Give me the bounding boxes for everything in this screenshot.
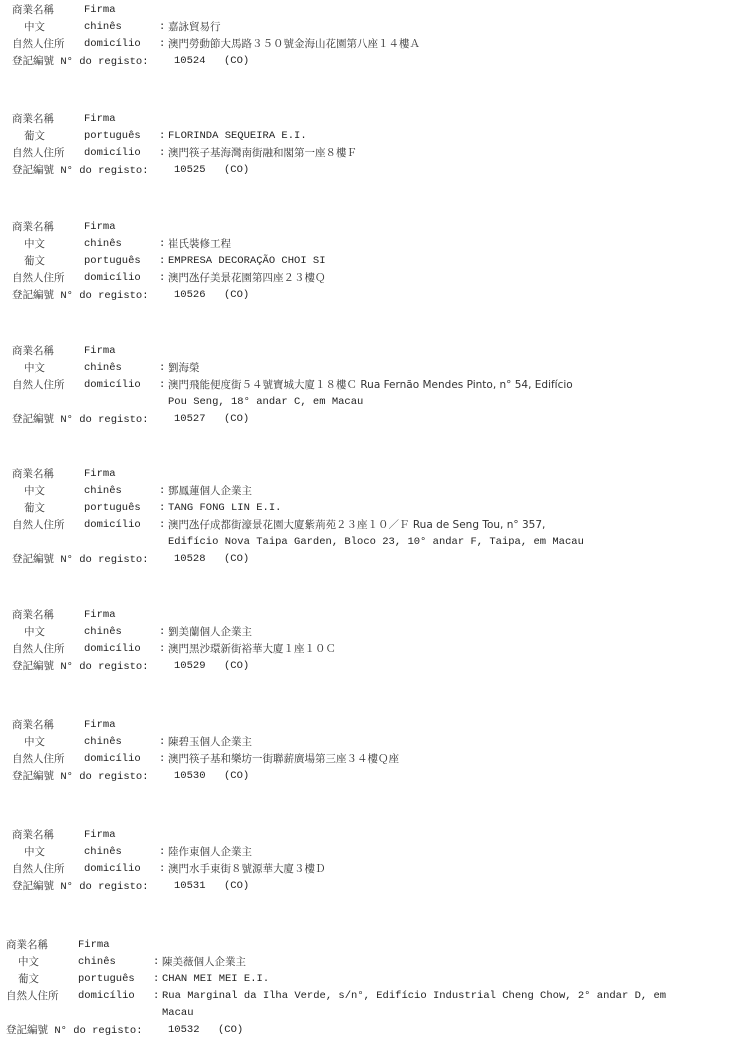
domicile-value: 澳門氹仔美景花園第四座２３樓Ｑ [168, 270, 326, 287]
domicile-label-pt: domicílio [78, 988, 135, 1005]
colon: : [159, 517, 165, 534]
firm-label-zh: 商業名稱 [12, 111, 54, 128]
chinese-label-pt: chinês [84, 734, 122, 751]
firm-label-pt: Firma [84, 717, 116, 734]
reg-label-pt: N° do registo: [60, 414, 148, 426]
colon: : [159, 145, 165, 162]
chinese-label-pt: chinês [84, 483, 122, 500]
portuguese-label-pt: português [84, 128, 141, 145]
reg-label-zh: 登記編號 [12, 164, 54, 176]
domicile-label-zh: 自然人住所 [12, 270, 65, 287]
portuguese-name: FLORINDA SEQUEIRA E.I. [168, 128, 307, 145]
domicile-value: Rua Marginal da Ilha Verde, s/n°, Edifíc… [162, 988, 666, 1005]
firm-label-zh: 商業名稱 [12, 466, 54, 483]
chinese-name: 嘉詠貿易行 [168, 19, 221, 36]
domicile-label-pt: domicílio [84, 861, 141, 878]
domicile-label-pt: domicílio [84, 145, 141, 162]
domicile-label-zh: 自然人住所 [12, 377, 65, 394]
reg-label-zh: 登記編號 [12, 289, 54, 301]
domicile-label-zh: 自然人住所 [12, 751, 65, 768]
domicile-label-zh: 自然人住所 [12, 641, 65, 658]
firm-label-zh: 商業名稱 [6, 937, 48, 954]
portuguese-name: TANG FONG LIN E.I. [168, 500, 281, 517]
reg-number: 10529 [174, 658, 206, 675]
colon: : [159, 19, 165, 36]
chinese-label-zh: 中文 [18, 954, 39, 971]
chinese-name: 劉美蘭個人企業主 [168, 624, 252, 641]
firm-label-pt: Firma [84, 827, 116, 844]
colon: : [159, 377, 165, 394]
chinese-label-zh: 中文 [24, 734, 45, 751]
colon: : [159, 751, 165, 768]
chinese-label-pt: chinês [78, 954, 116, 971]
firm-label-zh: 商業名稱 [12, 219, 54, 236]
reg-tag: (CO) [224, 658, 249, 675]
chinese-label-pt: chinês [84, 360, 122, 377]
domicile-label-zh: 自然人住所 [12, 517, 65, 534]
reg-number: 10527 [174, 411, 206, 428]
domicile-label-pt: domicílio [84, 751, 141, 768]
reg-label-zh: 登記編號 [12, 55, 54, 67]
firm-label-zh: 商業名稱 [12, 607, 54, 624]
domicile-value-line2: Edifício Nova Taipa Garden, Bloco 23, 10… [168, 534, 584, 551]
chinese-label-zh: 中文 [24, 360, 45, 377]
colon: : [159, 253, 165, 270]
colon: : [159, 270, 165, 287]
reg-label-pt: N° do registo: [54, 1025, 142, 1037]
portuguese-label-pt: português [84, 253, 141, 270]
firm-label-zh: 商業名稱 [12, 717, 54, 734]
reg-number: 10532 [168, 1022, 200, 1039]
colon: : [159, 861, 165, 878]
portuguese-label-zh: 葡文 [24, 253, 45, 270]
reg-tag: (CO) [224, 411, 249, 428]
reg-label-zh: 登記編號 [12, 553, 54, 565]
domicile-label-pt: domicílio [84, 270, 141, 287]
domicile-label-zh: 自然人住所 [6, 988, 59, 1005]
reg-tag: (CO) [224, 551, 249, 568]
firm-label-pt: Firma [84, 219, 116, 236]
domicile-label-zh: 自然人住所 [12, 145, 65, 162]
colon: : [153, 988, 159, 1005]
firm-label-pt: Firma [84, 343, 116, 360]
colon: : [159, 500, 165, 517]
domicile-value-line2: Macau [162, 1005, 194, 1022]
reg-label-zh: 登記編號 [12, 660, 54, 672]
reg-label-zh: 登記編號 [12, 413, 54, 425]
reg-number: 10528 [174, 551, 206, 568]
portuguese-label-zh: 葡文 [24, 500, 45, 517]
reg-label-pt: N° do registo: [60, 165, 148, 177]
reg-label-zh: 登記編號 [12, 770, 54, 782]
domicile-label-zh: 自然人住所 [12, 861, 65, 878]
reg-label-pt: N° do registo: [60, 661, 148, 673]
domicile-value: 澳門筷子基海灣南街融和閣第一座８樓Ｆ [168, 145, 357, 162]
colon: : [159, 624, 165, 641]
domicile-value: 澳門筷子基和樂坊一街聯薪廣場第三座３４樓Ｑ座 [168, 751, 399, 768]
reg-tag: (CO) [224, 162, 249, 179]
chinese-name: 崔氏裝修工程 [168, 236, 231, 253]
reg-tag: (CO) [224, 878, 249, 895]
portuguese-label-pt: português [84, 500, 141, 517]
domicile-label-pt: domicílio [84, 517, 141, 534]
portuguese-name: CHAN MEI MEI E.I. [162, 971, 269, 988]
domicile-value-line2: Pou Seng, 18° andar C, em Macau [168, 394, 363, 411]
colon: : [153, 971, 159, 988]
chinese-label-pt: chinês [84, 624, 122, 641]
reg-number: 10530 [174, 768, 206, 785]
reg-label-zh: 登記編號 [12, 880, 54, 892]
reg-tag: (CO) [224, 287, 249, 304]
colon: : [159, 36, 165, 53]
portuguese-label-zh: 葡文 [24, 128, 45, 145]
chinese-label-zh: 中文 [24, 624, 45, 641]
domicile-value: 澳門勞動節大馬路３５０號金海山花園第八座１４樓Ａ [168, 36, 420, 53]
colon: : [159, 128, 165, 145]
firm-label-zh: 商業名稱 [12, 827, 54, 844]
chinese-name: 陸作東個人企業主 [168, 844, 252, 861]
colon: : [153, 954, 159, 971]
firm-label-pt: Firma [84, 607, 116, 624]
firm-label-pt: Firma [84, 2, 116, 19]
reg-tag: (CO) [218, 1022, 243, 1039]
firm-label-pt: Firma [84, 111, 116, 128]
domicile-label-pt: domicílio [84, 641, 141, 658]
firm-label-pt: Firma [78, 937, 110, 954]
chinese-name: 鄧鳳蓮個人企業主 [168, 483, 252, 500]
reg-number: 10526 [174, 287, 206, 304]
chinese-label-pt: chinês [84, 236, 122, 253]
domicile-value: 澳門氹仔成都街濠景花園大廈紫荊苑２３座１０／Ｆ Rua de Seng Tou,… [168, 517, 545, 534]
domicile-value: 澳門飛能便度街５４號寶城大廈１８樓Ｃ Rua Fernão Mendes Pin… [168, 377, 573, 394]
domicile-label-zh: 自然人住所 [12, 36, 65, 53]
reg-tag: (CO) [224, 53, 249, 70]
domicile-value: 澳門水手東街８號源華大廈３樓Ｄ [168, 861, 326, 878]
firm-label-zh: 商業名稱 [12, 343, 54, 360]
colon: : [159, 734, 165, 751]
portuguese-label-pt: português [78, 971, 135, 988]
reg-label-pt: N° do registo: [60, 56, 148, 68]
chinese-label-pt: chinês [84, 844, 122, 861]
reg-number: 10531 [174, 878, 206, 895]
domicile-label-pt: domicílio [84, 36, 141, 53]
domicile-value: 澳門黑沙環新街裕華大廈１座１０Ｃ [168, 641, 336, 658]
firm-label-pt: Firma [84, 466, 116, 483]
reg-label-pt: N° do registo: [60, 771, 148, 783]
chinese-label-zh: 中文 [24, 483, 45, 500]
portuguese-label-zh: 葡文 [18, 971, 39, 988]
colon: : [159, 844, 165, 861]
chinese-name: 陳碧玉個人企業主 [168, 734, 252, 751]
reg-tag: (CO) [224, 768, 249, 785]
reg-label-pt: N° do registo: [60, 881, 148, 893]
colon: : [159, 236, 165, 253]
chinese-label-zh: 中文 [24, 844, 45, 861]
colon: : [159, 360, 165, 377]
reg-number: 10525 [174, 162, 206, 179]
chinese-name: 劉海榮 [168, 360, 200, 377]
chinese-label-pt: chinês [84, 19, 122, 36]
reg-label-pt: N° do registo: [60, 554, 148, 566]
colon: : [159, 483, 165, 500]
reg-label-zh: 登記編號 [6, 1024, 48, 1036]
colon: : [159, 641, 165, 658]
chinese-label-zh: 中文 [24, 19, 45, 36]
domicile-label-pt: domicílio [84, 377, 141, 394]
chinese-name: 陳美薇個人企業主 [162, 954, 246, 971]
chinese-label-zh: 中文 [24, 236, 45, 253]
firm-label-zh: 商業名稱 [12, 2, 54, 19]
reg-label-pt: N° do registo: [60, 290, 148, 302]
portuguese-name: EMPRESA DECORAÇÃO CHOI SI [168, 253, 326, 270]
reg-number: 10524 [174, 53, 206, 70]
